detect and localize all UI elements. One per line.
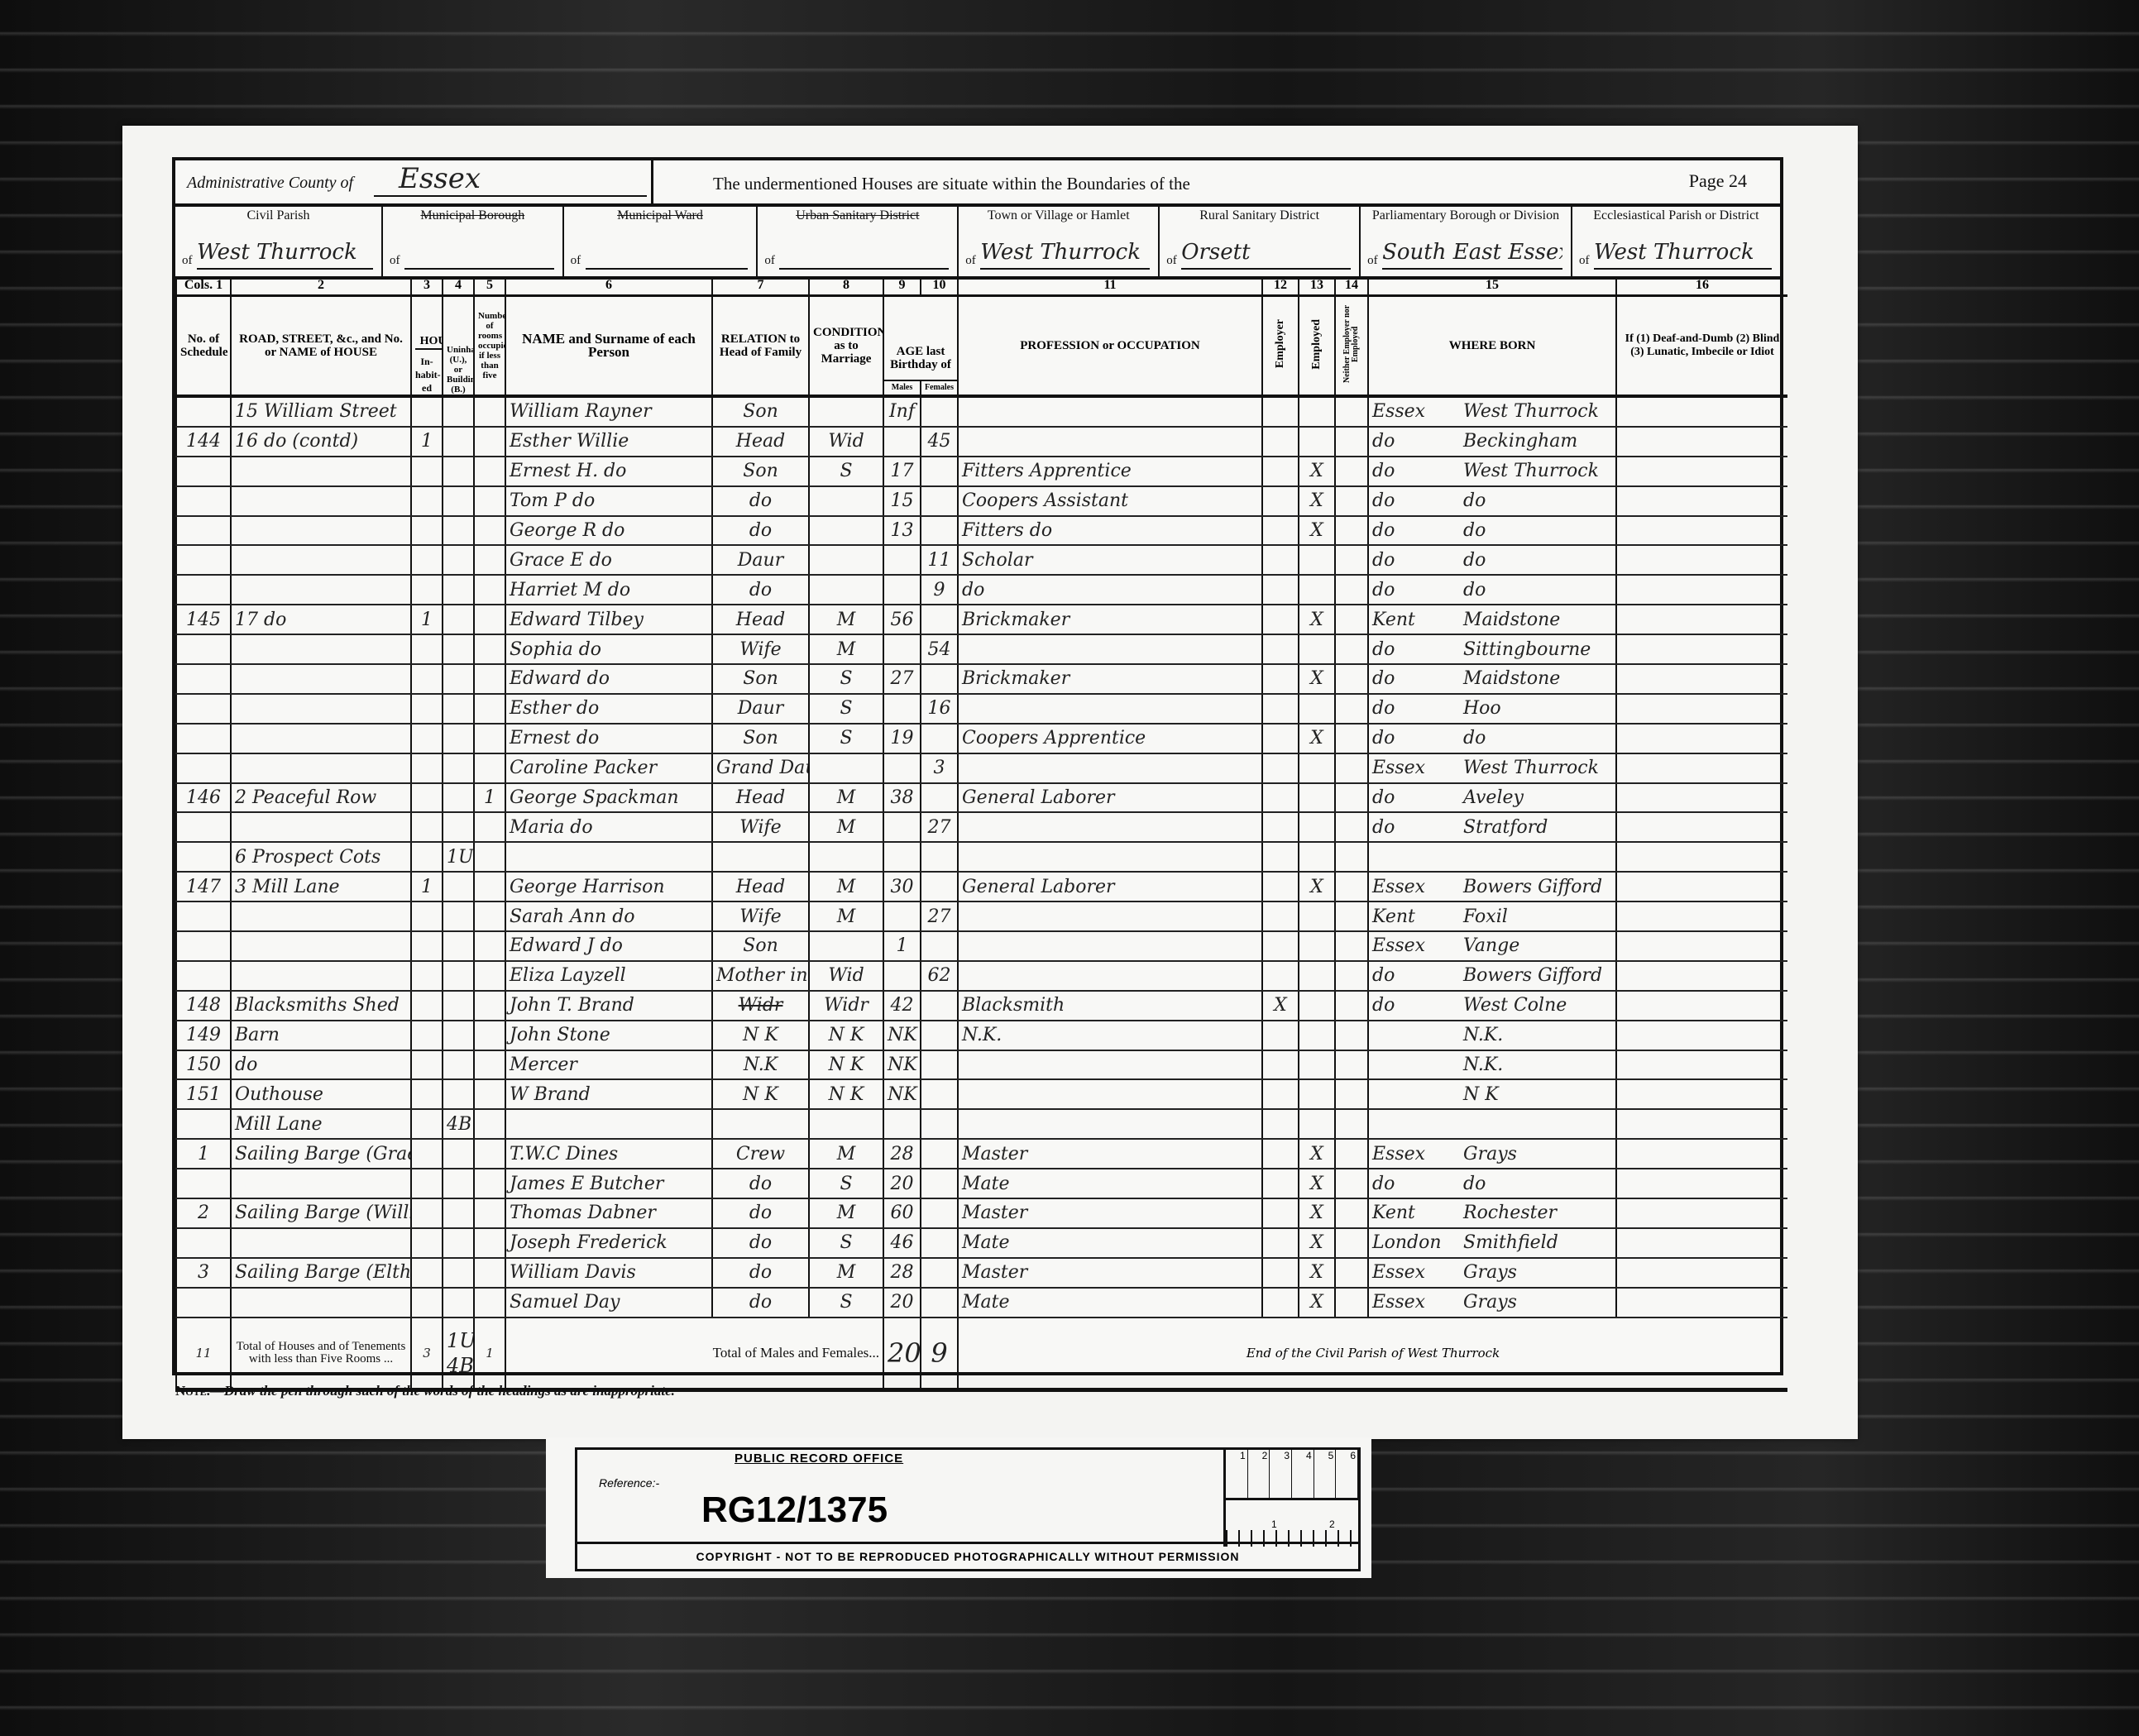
cell-female-age: 9 bbox=[921, 575, 958, 605]
cell-employed bbox=[1299, 427, 1335, 457]
scale-ruler: 123456 1 2 bbox=[1223, 1450, 1358, 1547]
cell-address: Outhouse bbox=[231, 1079, 411, 1109]
cell-address bbox=[231, 1228, 411, 1258]
cell-female-age bbox=[921, 664, 958, 694]
cell-neither bbox=[1335, 575, 1368, 605]
cell-rooms bbox=[474, 396, 505, 427]
cell-male-age bbox=[883, 634, 921, 664]
cell-relation: do bbox=[712, 1198, 809, 1228]
division-label: Municipal Borough bbox=[383, 208, 562, 223]
cell-relation bbox=[712, 842, 809, 872]
cell-employed: X bbox=[1299, 872, 1335, 901]
cell-infirmity bbox=[1616, 1050, 1787, 1080]
of-label: of bbox=[1579, 254, 1590, 268]
table-row: 1473 Mill Lane1George HarrisonHeadM30Gen… bbox=[176, 872, 1787, 901]
cell-rooms bbox=[474, 812, 505, 842]
cell-condition: S bbox=[809, 694, 883, 724]
cell-infirmity bbox=[1616, 664, 1787, 694]
cell-neither bbox=[1335, 724, 1368, 753]
cell-where-born: EssexVange bbox=[1368, 931, 1616, 961]
born-place: Maidstone bbox=[1463, 610, 1560, 630]
division-urban-sanitary-district: Urban Sanitary Districtof bbox=[758, 203, 959, 276]
division-value: South East Essex bbox=[1382, 240, 1562, 270]
table-row: 1Sailing Barge (Grace)T.W.C DinesCrewM28… bbox=[176, 1139, 1787, 1169]
table-row: 150doMercerN.KN KNKN.K. bbox=[176, 1050, 1787, 1080]
cell-condition: N K bbox=[809, 1050, 883, 1080]
cell-male-age: 15 bbox=[883, 486, 921, 516]
born-place: do bbox=[1463, 580, 1486, 600]
cell-name: Tom P do bbox=[505, 486, 712, 516]
born-county: Essex bbox=[1372, 401, 1463, 422]
cell-inhabited bbox=[411, 991, 443, 1021]
cell-schedule: 151 bbox=[176, 1079, 231, 1109]
cell-neither bbox=[1335, 694, 1368, 724]
born-place: Hoo bbox=[1463, 698, 1501, 719]
cell-female-age bbox=[921, 457, 958, 486]
cell-rooms bbox=[474, 1079, 505, 1109]
cell-uninhabited bbox=[443, 1288, 474, 1318]
table-row: 149BarnJohn StoneN KN KNKN.K.N.K. bbox=[176, 1021, 1787, 1050]
cell-name: Harriet M do bbox=[505, 575, 712, 605]
cell-employed: X bbox=[1299, 1198, 1335, 1228]
division-value: West Thurrock bbox=[980, 240, 1150, 270]
cell-address: Sailing Barge (Grace) bbox=[231, 1139, 411, 1169]
division-label: Town or Village or Hamlet bbox=[959, 208, 1158, 223]
cell-name: Maria do bbox=[505, 812, 712, 842]
cell-address bbox=[231, 931, 411, 961]
of-label: of bbox=[390, 254, 400, 268]
cell-where-born: doSittingbourne bbox=[1368, 634, 1616, 664]
cell-uninhabited bbox=[443, 1079, 474, 1109]
column-number: 7 bbox=[712, 276, 809, 296]
total-houses-label: Total of Houses and of Tenements with le… bbox=[231, 1318, 411, 1390]
cell-rooms bbox=[474, 961, 505, 991]
cell-rooms bbox=[474, 1109, 505, 1139]
cell-where-born: EssexWest Thurrock bbox=[1368, 396, 1616, 427]
cell-neither bbox=[1335, 396, 1368, 427]
cell-neither bbox=[1335, 1109, 1368, 1139]
census-page: Shipping Administrative County of Essex … bbox=[122, 126, 1858, 1439]
division-value bbox=[586, 240, 749, 270]
county-value: Essex bbox=[374, 162, 647, 197]
reference-label: Reference:- bbox=[599, 1476, 659, 1490]
cell-male-age: 17 bbox=[883, 457, 921, 486]
cell-inhabited bbox=[411, 931, 443, 961]
cell-infirmity bbox=[1616, 1139, 1787, 1169]
cell-name: Ernest H. do bbox=[505, 457, 712, 486]
cell-employer: X bbox=[1262, 991, 1299, 1021]
cell-uninhabited bbox=[443, 753, 474, 783]
cell-male-age bbox=[883, 753, 921, 783]
cell-condition: M bbox=[809, 1258, 883, 1288]
born-place: do bbox=[1463, 728, 1486, 748]
born-county: Kent bbox=[1372, 906, 1463, 927]
cell-uninhabited bbox=[443, 634, 474, 664]
table-row: 148Blacksmiths ShedJohn T. BrandWidrWidr… bbox=[176, 991, 1787, 1021]
cell-inhabited bbox=[411, 1021, 443, 1050]
cell-inhabited bbox=[411, 1079, 443, 1109]
cell-schedule: 144 bbox=[176, 427, 231, 457]
born-county: Kent bbox=[1372, 610, 1463, 630]
cell-where-born: N.K. bbox=[1368, 1021, 1616, 1050]
cell-occupation: Master bbox=[958, 1258, 1262, 1288]
cell-name: W Brand bbox=[505, 1079, 712, 1109]
cell-inhabited bbox=[411, 724, 443, 753]
born-place: Stratford bbox=[1463, 817, 1548, 838]
table-row: Edward J doSon1EssexVange bbox=[176, 931, 1787, 961]
cell-condition: S bbox=[809, 457, 883, 486]
cell-schedule bbox=[176, 842, 231, 872]
cell-condition bbox=[809, 842, 883, 872]
cell-uninhabited bbox=[443, 694, 474, 724]
cell-schedule: 148 bbox=[176, 991, 231, 1021]
column-number: 15 bbox=[1368, 276, 1616, 296]
cell-male-age bbox=[883, 842, 921, 872]
cell-employer bbox=[1262, 1169, 1299, 1198]
cell-inhabited bbox=[411, 516, 443, 546]
total-rooms: 1 bbox=[474, 1318, 505, 1390]
division-value: West Thurrock bbox=[1594, 240, 1772, 270]
cell-rooms bbox=[474, 694, 505, 724]
total-persons-label: Total of Males and Females... bbox=[505, 1318, 883, 1390]
cell-female-age: 54 bbox=[921, 634, 958, 664]
table-row: Ernest H. doSonS17Fitters ApprenticeXdoW… bbox=[176, 457, 1787, 486]
cell-infirmity bbox=[1616, 516, 1787, 546]
cell-employed bbox=[1299, 931, 1335, 961]
of-label: of bbox=[965, 254, 976, 268]
cell-relation: Daur bbox=[712, 694, 809, 724]
cell-address bbox=[231, 457, 411, 486]
cell-female-age bbox=[921, 991, 958, 1021]
born-place: West Colne bbox=[1463, 995, 1567, 1016]
cell-neither bbox=[1335, 427, 1368, 457]
born-county: do bbox=[1372, 1174, 1463, 1194]
born-county: do bbox=[1372, 431, 1463, 452]
cell-uninhabited bbox=[443, 1021, 474, 1050]
cell-employer bbox=[1262, 961, 1299, 991]
total-schedules: 11 bbox=[176, 1318, 231, 1390]
cell-inhabited: 1 bbox=[411, 872, 443, 901]
census-form: Administrative County of Essex The under… bbox=[172, 157, 1783, 1375]
cell-where-born bbox=[1368, 842, 1616, 872]
cell-condition bbox=[809, 516, 883, 546]
cell-infirmity bbox=[1616, 753, 1787, 783]
cm-mark: 3 bbox=[1270, 1450, 1292, 1498]
cell-schedule: 1 bbox=[176, 1139, 231, 1169]
of-label: of bbox=[764, 254, 775, 268]
cell-address bbox=[231, 545, 411, 575]
born-place: Aveley bbox=[1463, 787, 1524, 808]
page-number: Page 24 bbox=[1689, 170, 1747, 192]
reference-strip: PUBLIC RECORD OFFICE Reference:- RG12/13… bbox=[546, 1437, 1371, 1578]
cell-schedule bbox=[176, 545, 231, 575]
cell-uninhabited bbox=[443, 575, 474, 605]
cell-employer bbox=[1262, 396, 1299, 427]
cell-uninhabited bbox=[443, 901, 474, 931]
cell-condition bbox=[809, 545, 883, 575]
cell-rooms bbox=[474, 842, 505, 872]
cell-rooms bbox=[474, 724, 505, 753]
cell-schedule bbox=[176, 724, 231, 753]
division-label: Ecclesiastical Parish or District bbox=[1572, 208, 1780, 223]
born-county: do bbox=[1372, 520, 1463, 541]
cell-relation: Wife bbox=[712, 901, 809, 931]
header-schedule: No. of Schedule bbox=[176, 296, 231, 397]
cell-occupation: Fitters Apprentice bbox=[958, 457, 1262, 486]
table-row: Caroline PackerGrand Daur3EssexWest Thur… bbox=[176, 753, 1787, 783]
born-county: Essex bbox=[1372, 1262, 1463, 1283]
born-county: Essex bbox=[1372, 877, 1463, 897]
cell-infirmity bbox=[1616, 1109, 1787, 1139]
cell-infirmity bbox=[1616, 1169, 1787, 1198]
cell-relation: Son bbox=[712, 931, 809, 961]
cell-where-born: dodo bbox=[1368, 486, 1616, 516]
cell-female-age: 62 bbox=[921, 961, 958, 991]
born-place: Rochester bbox=[1463, 1203, 1557, 1223]
cell-female-age: 27 bbox=[921, 812, 958, 842]
cell-employed: X bbox=[1299, 664, 1335, 694]
cell-infirmity bbox=[1616, 931, 1787, 961]
cell-relation: Head bbox=[712, 605, 809, 634]
total-males: 20 bbox=[883, 1318, 921, 1390]
cell-rooms bbox=[474, 1139, 505, 1169]
column-number: Cols. 1 bbox=[176, 276, 231, 296]
cell-uninhabited bbox=[443, 605, 474, 634]
cell-male-age bbox=[883, 1109, 921, 1139]
table-row: Eliza LayzellMother in lawWid62doBowers … bbox=[176, 961, 1787, 991]
cell-name: Thomas Dabner bbox=[505, 1198, 712, 1228]
header-condition: CONDITION as to Marriage bbox=[809, 296, 883, 397]
cell-condition: Widr bbox=[809, 991, 883, 1021]
cell-schedule bbox=[176, 486, 231, 516]
cell-male-age bbox=[883, 545, 921, 575]
column-number: 14 bbox=[1335, 276, 1368, 296]
cell-male-age: 20 bbox=[883, 1288, 921, 1318]
cell-where-born: EssexGrays bbox=[1368, 1258, 1616, 1288]
cell-address: Barn bbox=[231, 1021, 411, 1050]
cell-rooms bbox=[474, 545, 505, 575]
cell-name: George Harrison bbox=[505, 872, 712, 901]
table-row: Ernest doSonS19Coopers ApprenticeXdodo bbox=[176, 724, 1787, 753]
cell-where-born: dodo bbox=[1368, 1169, 1616, 1198]
cell-inhabited bbox=[411, 396, 443, 427]
cell-infirmity bbox=[1616, 1021, 1787, 1050]
cell-uninhabited bbox=[443, 427, 474, 457]
column-headers: No. of Schedule ROAD, STREET, &c., and N… bbox=[176, 296, 1787, 397]
cell-rooms bbox=[474, 634, 505, 664]
table-row: 3Sailing Barge (Eltham)William DavisdoM2… bbox=[176, 1258, 1787, 1288]
cell-infirmity bbox=[1616, 991, 1787, 1021]
table-row: 2Sailing Barge (William Howard)Thomas Da… bbox=[176, 1198, 1787, 1228]
cm-mark: 1 bbox=[1226, 1450, 1248, 1498]
cell-male-age: 56 bbox=[883, 605, 921, 634]
cell-inhabited bbox=[411, 783, 443, 813]
cell-address bbox=[231, 486, 411, 516]
cell-inhabited bbox=[411, 812, 443, 842]
cell-employer bbox=[1262, 753, 1299, 783]
cell-occupation: General Laborer bbox=[958, 872, 1262, 901]
born-place: Grays bbox=[1463, 1262, 1517, 1283]
cell-infirmity bbox=[1616, 575, 1787, 605]
cell-condition: M bbox=[809, 872, 883, 901]
cell-rooms bbox=[474, 1198, 505, 1228]
cell-uninhabited bbox=[443, 872, 474, 901]
column-number: 3 bbox=[411, 276, 443, 296]
cell-relation: Mother in law bbox=[712, 961, 809, 991]
cell-employed bbox=[1299, 694, 1335, 724]
cell-condition: M bbox=[809, 901, 883, 931]
born-place: West Thurrock bbox=[1463, 758, 1599, 778]
cell-relation: N K bbox=[712, 1079, 809, 1109]
cell-employed bbox=[1299, 812, 1335, 842]
born-place: N.K. bbox=[1463, 1025, 1503, 1045]
cell-occupation: Mate bbox=[958, 1169, 1262, 1198]
cell-schedule: 145 bbox=[176, 605, 231, 634]
cell-name: Eliza Layzell bbox=[505, 961, 712, 991]
cell-uninhabited bbox=[443, 545, 474, 575]
born-county: do bbox=[1372, 965, 1463, 986]
cell-schedule bbox=[176, 1169, 231, 1198]
cell-where-born: N K bbox=[1368, 1079, 1616, 1109]
cell-schedule: 2 bbox=[176, 1198, 231, 1228]
cell-male-age: 28 bbox=[883, 1139, 921, 1169]
cell-condition: Wid bbox=[809, 427, 883, 457]
cell-schedule bbox=[176, 1288, 231, 1318]
cell-neither bbox=[1335, 872, 1368, 901]
cell-female-age bbox=[921, 516, 958, 546]
cell-employed: X bbox=[1299, 1169, 1335, 1198]
cell-occupation: Coopers Apprentice bbox=[958, 724, 1262, 753]
cell-neither bbox=[1335, 545, 1368, 575]
cell-employed bbox=[1299, 1109, 1335, 1139]
cell-male-age: NK bbox=[883, 1021, 921, 1050]
division-label: Parliamentary Borough or Division bbox=[1361, 208, 1571, 223]
born-county: do bbox=[1372, 787, 1463, 808]
column-number: 8 bbox=[809, 276, 883, 296]
division-label: Civil Parish bbox=[175, 208, 381, 223]
of-label: of bbox=[182, 254, 193, 268]
cell-employer bbox=[1262, 1139, 1299, 1169]
cell-condition: M bbox=[809, 1198, 883, 1228]
cell-uninhabited bbox=[443, 931, 474, 961]
cm-mark: 4 bbox=[1292, 1450, 1314, 1498]
census-table: Cols. 12345678910111213141516 No. of Sch… bbox=[175, 276, 1787, 1392]
cell-where-born: doStratford bbox=[1368, 812, 1616, 842]
inhabited-label: In-habit-ed bbox=[415, 356, 441, 394]
table-row: Sarah Ann doWifeM27KentFoxil bbox=[176, 901, 1787, 931]
cell-inhabited bbox=[411, 1109, 443, 1139]
cell-male-age: 46 bbox=[883, 1228, 921, 1258]
column-number: 10 bbox=[921, 276, 958, 296]
cell-employer bbox=[1262, 901, 1299, 931]
boundaries-text: The undermentioned Houses are situate wi… bbox=[713, 174, 1190, 194]
cell-neither bbox=[1335, 842, 1368, 872]
cell-relation: do bbox=[712, 1169, 809, 1198]
born-county: do bbox=[1372, 490, 1463, 511]
form-header: Administrative County of Essex The under… bbox=[175, 160, 1780, 207]
born-county: do bbox=[1372, 995, 1463, 1016]
cell-condition: M bbox=[809, 812, 883, 842]
born-place: Foxil bbox=[1463, 906, 1508, 927]
cell-relation: Widr bbox=[712, 991, 809, 1021]
cell-uninhabited bbox=[443, 724, 474, 753]
cell-male-age: 13 bbox=[883, 516, 921, 546]
cell-relation: Son bbox=[712, 724, 809, 753]
cell-female-age bbox=[921, 1021, 958, 1050]
cell-address: Blacksmiths Shed bbox=[231, 991, 411, 1021]
of-label: of bbox=[1367, 254, 1378, 268]
cell-employed: X bbox=[1299, 1228, 1335, 1258]
cell-uninhabited: 4B bbox=[443, 1109, 474, 1139]
cell-uninhabited bbox=[443, 991, 474, 1021]
born-place: do bbox=[1463, 490, 1486, 511]
cell-where-born: dodo bbox=[1368, 724, 1616, 753]
born-place: do bbox=[1463, 550, 1486, 571]
cell-infirmity bbox=[1616, 396, 1787, 427]
cell-rooms bbox=[474, 1288, 505, 1318]
born-place: West Thurrock bbox=[1463, 401, 1599, 422]
cell-address: 2 Peaceful Row bbox=[231, 783, 411, 813]
cell-inhabited bbox=[411, 842, 443, 872]
cell-condition bbox=[809, 575, 883, 605]
cell-neither bbox=[1335, 901, 1368, 931]
cell-inhabited bbox=[411, 1050, 443, 1080]
cell-female-age bbox=[921, 724, 958, 753]
cell-relation: Grand Daur bbox=[712, 753, 809, 783]
cell-condition: N K bbox=[809, 1079, 883, 1109]
record-office-label: PUBLIC RECORD OFFICE bbox=[735, 1451, 903, 1466]
division-town-or-village-or-hamlet: Town or Village or HamletofWest Thurrock bbox=[959, 203, 1160, 276]
cm-mark: 2 bbox=[1248, 1450, 1270, 1498]
cm-mark: 5 bbox=[1314, 1450, 1337, 1498]
total-inhabited: 3 bbox=[411, 1318, 443, 1390]
cell-neither bbox=[1335, 486, 1368, 516]
division-parliamentary-borough-or-division: Parliamentary Borough or DivisionofSouth… bbox=[1361, 203, 1572, 276]
cell-schedule bbox=[176, 457, 231, 486]
cell-male-age bbox=[883, 812, 921, 842]
cell-address bbox=[231, 1169, 411, 1198]
table-row: Maria doWifeM27doStratford bbox=[176, 812, 1787, 842]
cell-male-age bbox=[883, 961, 921, 991]
cell-occupation bbox=[958, 961, 1262, 991]
born-place: West Thurrock bbox=[1463, 461, 1599, 481]
cell-employed bbox=[1299, 634, 1335, 664]
cell-relation: Head bbox=[712, 427, 809, 457]
cell-occupation: do bbox=[958, 575, 1262, 605]
born-place: do bbox=[1463, 1174, 1486, 1194]
cell-male-age: 28 bbox=[883, 1258, 921, 1288]
cell-infirmity bbox=[1616, 634, 1787, 664]
cell-female-age: 11 bbox=[921, 545, 958, 575]
cell-employed: X bbox=[1299, 516, 1335, 546]
cell-female-age bbox=[921, 1169, 958, 1198]
born-county: do bbox=[1372, 580, 1463, 600]
cell-employed: X bbox=[1299, 486, 1335, 516]
table-row: Esther doDaurS16doHoo bbox=[176, 694, 1787, 724]
division-label: Rural Sanitary District bbox=[1160, 208, 1359, 223]
copyright-notice: COPYRIGHT - NOT TO BE REPRODUCED PHOTOGR… bbox=[577, 1542, 1358, 1569]
cell-neither bbox=[1335, 516, 1368, 546]
cell-name: Ernest do bbox=[505, 724, 712, 753]
cell-neither bbox=[1335, 783, 1368, 813]
table-row: 15 William StreetWilliam RaynerSonInfEss… bbox=[176, 396, 1787, 427]
cell-schedule: 146 bbox=[176, 783, 231, 813]
cell-occupation bbox=[958, 812, 1262, 842]
cell-inhabited bbox=[411, 1228, 443, 1258]
cell-condition bbox=[809, 396, 883, 427]
cell-where-born: EssexWest Thurrock bbox=[1368, 753, 1616, 783]
cell-employer bbox=[1262, 545, 1299, 575]
